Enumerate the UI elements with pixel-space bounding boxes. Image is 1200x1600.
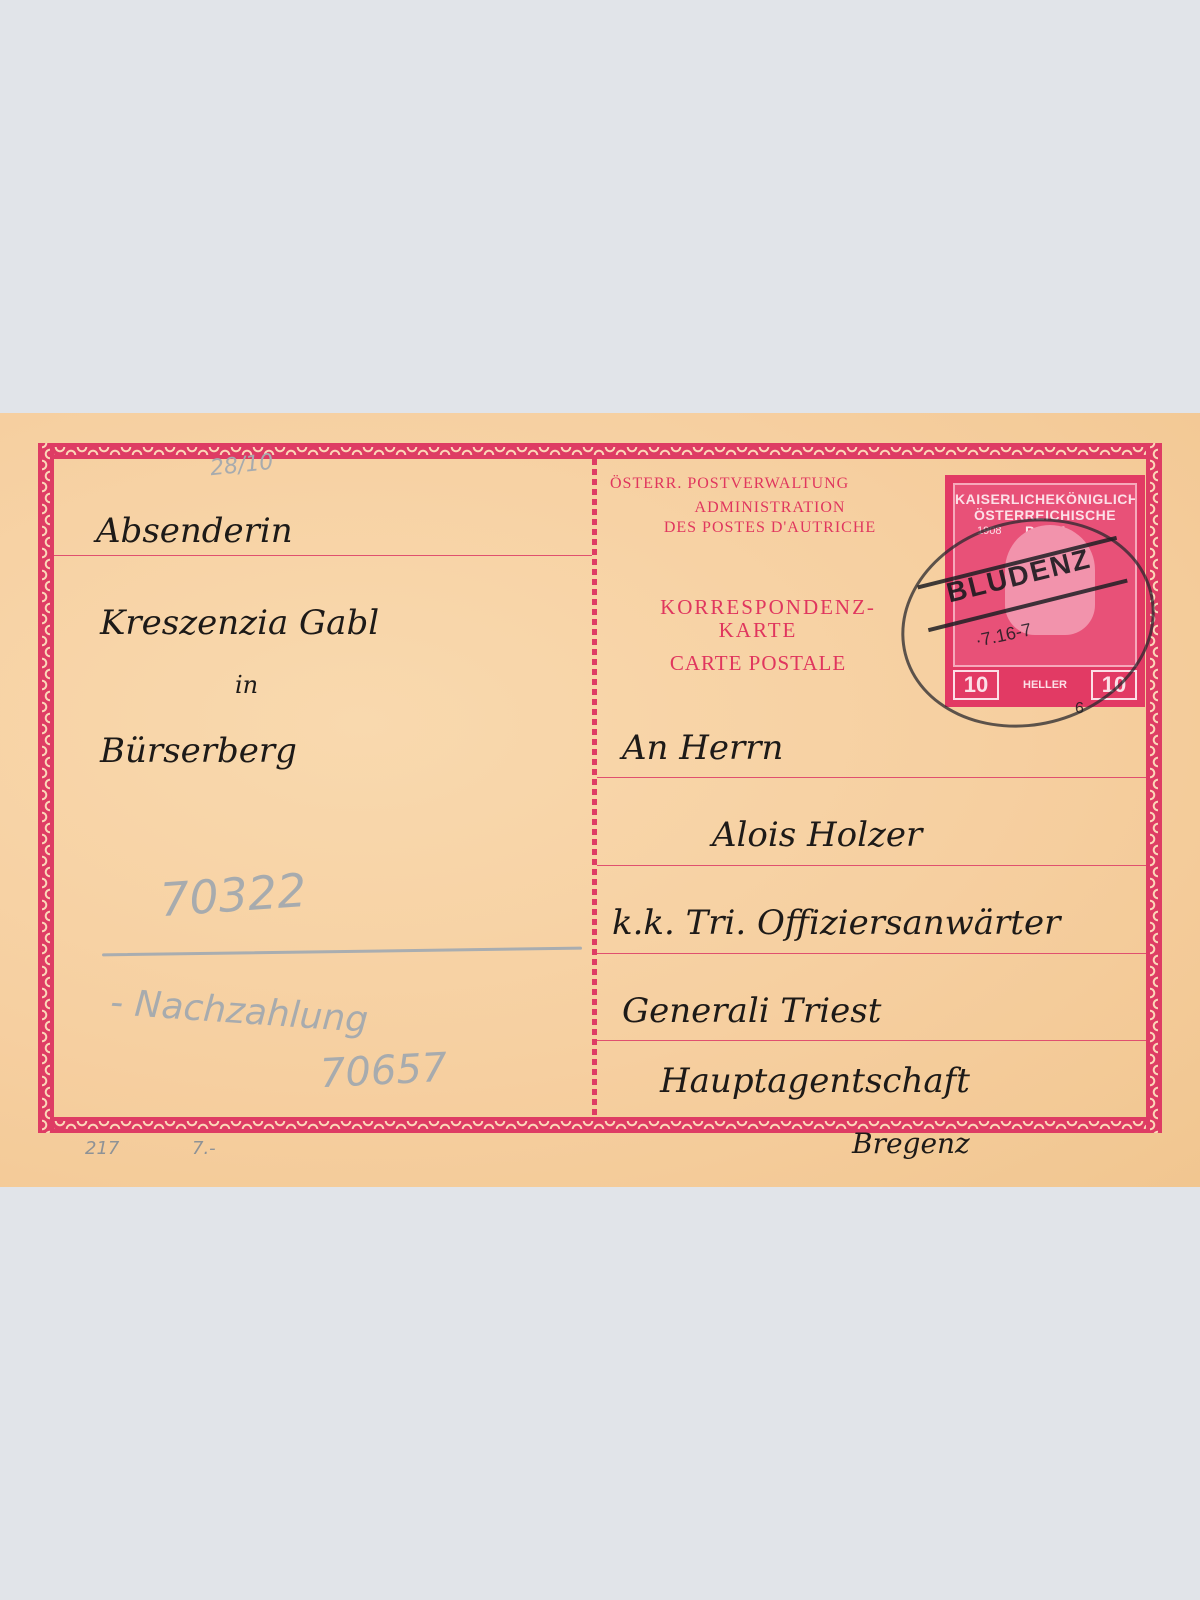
pencil-note-number: 70322: [158, 863, 308, 927]
recipient-line-6: Bregenz: [852, 1127, 970, 1160]
address-rule-1: [597, 777, 1146, 778]
sender-line-3: in: [235, 671, 258, 699]
border-left: [38, 443, 54, 1133]
title-de-2: KARTE: [608, 618, 908, 643]
title-fr: CARTE POSTALE: [608, 651, 908, 676]
recipient-line-3: k.k. Tri. Offiziersanwärter: [612, 903, 1060, 943]
recipient-line-2: Alois Holzer: [712, 815, 922, 855]
title-de-1: KORRESPONDENZ-: [608, 595, 928, 620]
address-rule-2: [597, 865, 1146, 866]
sender-line-1: Absenderin: [96, 511, 293, 551]
recipient-line-5: Hauptagentschaft: [660, 1061, 970, 1101]
postmark-number: 6: [1075, 700, 1084, 718]
sender-line-4: Bürserberg: [100, 731, 297, 771]
sender-line-2: Kreszenzia Gabl: [100, 603, 379, 643]
dotted-divider: [592, 459, 597, 1117]
pencil-note-inventory: 217: [85, 1138, 119, 1159]
border-bottom: [38, 1117, 1162, 1133]
border-top: [38, 443, 1162, 459]
border-right: [1146, 443, 1162, 1133]
pencil-note-price: 7.-: [192, 1138, 216, 1159]
pencil-note-number-2: 70657: [319, 1045, 448, 1098]
authority-fr-1: ADMINISTRATION: [610, 499, 930, 517]
authority-de: ÖSTERR. POSTVERWALTUNG: [610, 475, 930, 493]
sender-rule: [54, 555, 592, 556]
address-rule-3: [597, 953, 1146, 954]
recipient-line-1: An Herrn: [622, 728, 783, 768]
address-rule-4: [597, 1040, 1146, 1041]
recipient-line-4: Generali Triest: [622, 991, 881, 1031]
authority-fr-2: DES POSTES D'AUTRICHE: [610, 519, 930, 537]
